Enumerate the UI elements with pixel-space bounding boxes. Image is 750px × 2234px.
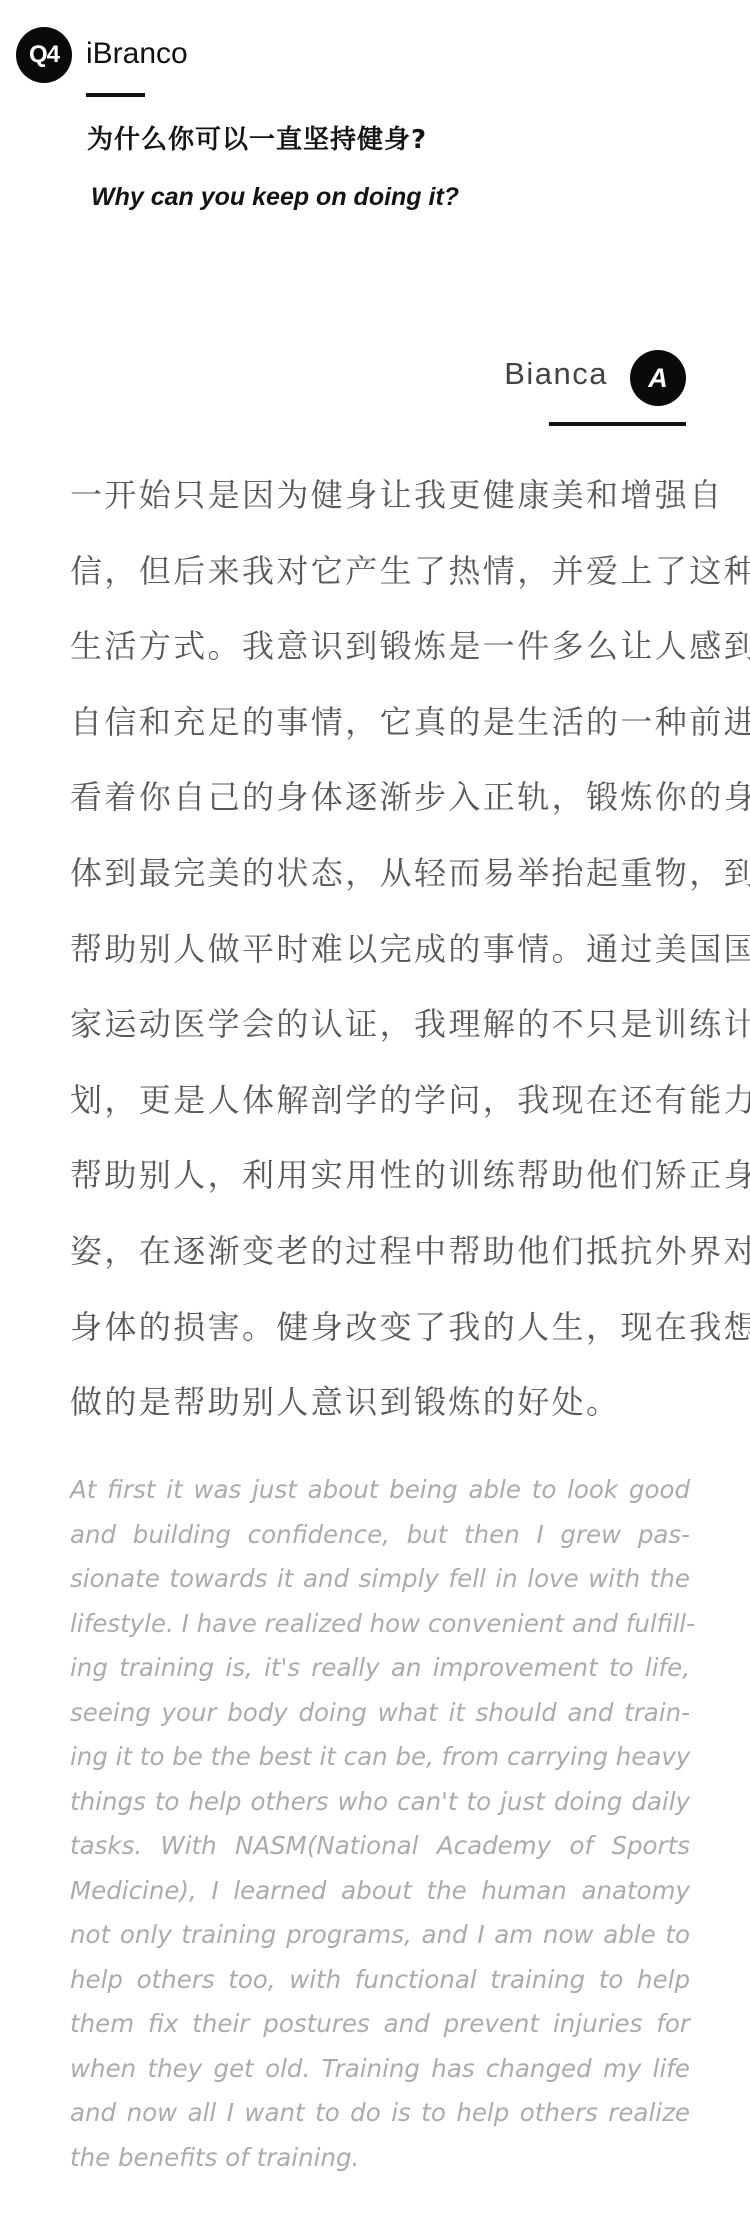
paragraph-line: 身体的损害。健身改变了我的人生，现在我想 <box>70 1290 700 1366</box>
question-title-chinese: 为什么你可以一直坚持健身? <box>87 124 427 156</box>
paragraph-line: seeing your body doing what it should an… <box>70 1691 690 1736</box>
brand-divider <box>86 93 145 97</box>
paragraph-line: 做的是帮助别人意识到锻炼的好处。 <box>70 1365 700 1441</box>
paragraph-line: ing training is, it's really an improvem… <box>70 1646 690 1691</box>
paragraph-line: 信，但后来我对它产生了热情，并爱上了这种 <box>70 534 700 610</box>
paragraph-line: 姿，在逐渐变老的过程中帮助他们抵抗外界对 <box>70 1214 700 1290</box>
paragraph-line: tasks. With NASM(National Academy of Spo… <box>70 1824 690 1869</box>
paragraph-line: At first it was just about being able to… <box>70 1468 690 1513</box>
paragraph-line: 一开始只是因为健身让我更健康美和增强自 <box>70 458 700 534</box>
paragraph-line: them fix their postures and prevent inju… <box>70 2002 690 2047</box>
paragraph-line: the benefits of training. <box>70 2136 690 2181</box>
paragraph-line: Medicine), I learned about the human ana… <box>70 1869 690 1914</box>
question-number-badge: Q4 <box>16 27 72 83</box>
paragraph-line: 自信和充足的事情，它真的是生活的一种前进， <box>70 685 700 761</box>
paragraph-line: 家运动医学会的认证，我理解的不只是训练计 <box>70 987 700 1063</box>
paragraph-line: sionate towards it and simply fell in lo… <box>70 1557 690 1602</box>
paragraph-line: 生活方式。我意识到锻炼是一件多么让人感到 <box>70 609 700 685</box>
paragraph-line: help others too, with functional trainin… <box>70 1958 690 2003</box>
answer-body-english: At first it was just about being able to… <box>70 1468 690 2180</box>
paragraph-line: lifestyle. I have realized how convenien… <box>70 1602 690 1647</box>
paragraph-line: 体到最完美的状态，从轻而易举抬起重物，到 <box>70 836 700 912</box>
answer-body-chinese: 一开始只是因为健身让我更健康美和增强自 信，但后来我对它产生了热情，并爱上了这种… <box>70 458 700 1441</box>
paragraph-line: and now all I want to do is to help othe… <box>70 2091 690 2136</box>
paragraph-line: 看着你自己的身体逐渐步入正轨，锻炼你的身 <box>70 760 700 836</box>
author-divider <box>549 422 686 426</box>
answer-author-name: Bianca <box>504 356 608 392</box>
paragraph-line: when they get old. Training has changed … <box>70 2047 690 2092</box>
paragraph-line: 划，更是人体解剖学的学问，我现在还有能力 <box>70 1063 700 1139</box>
paragraph-line: ing it to be the best it can be, from ca… <box>70 1735 690 1780</box>
paragraph-line: things to help others who can't to just … <box>70 1780 690 1825</box>
paragraph-line: and building confidence, but then I grew… <box>70 1513 690 1558</box>
question-title-english: Why can you keep on doing it? <box>91 181 459 213</box>
paragraph-line: 帮助别人做平时难以完成的事情。通过美国国 <box>70 912 700 988</box>
answer-badge: A <box>630 350 686 406</box>
answer-badge-label: A <box>648 363 668 394</box>
paragraph-line: not only training programs, and I am now… <box>70 1913 690 1958</box>
paragraph-line: 帮助别人，利用实用性的训练帮助他们矫正身 <box>70 1138 700 1214</box>
brand-name: iBranco <box>86 36 188 72</box>
question-number-label: Q4 <box>29 41 59 69</box>
